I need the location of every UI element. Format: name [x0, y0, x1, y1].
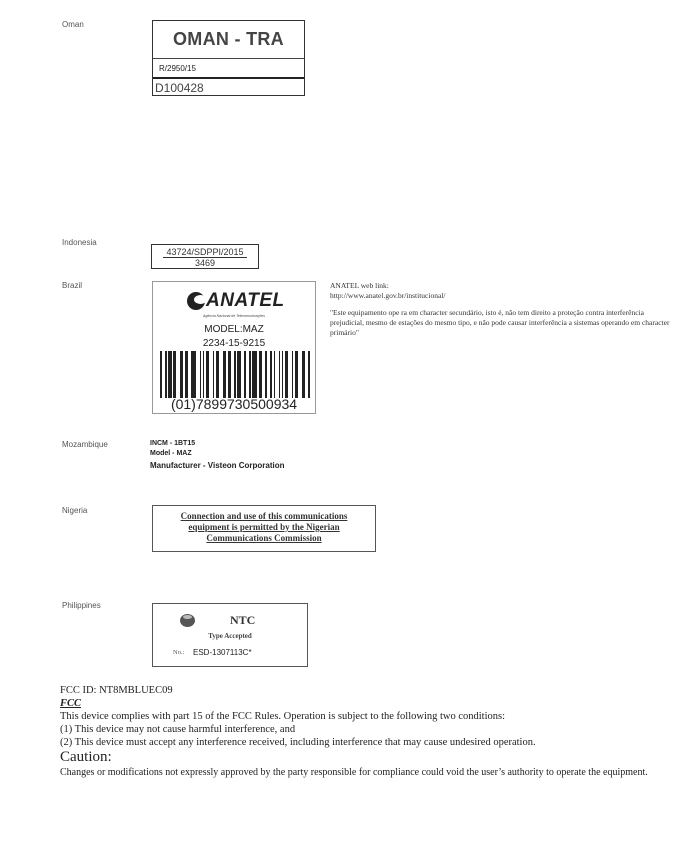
- fcc-section: FCC ID: NT8MBLUEC09 FCC This device comp…: [60, 684, 660, 779]
- indonesia-label: 43724/SDPPI/2015 3469: [151, 244, 259, 269]
- country-label-philippines: Philippines: [62, 601, 101, 610]
- barcode-bar: [191, 351, 196, 398]
- barcode-bar: [185, 351, 188, 398]
- anatel-logo: ANATEL: [187, 290, 287, 312]
- anatel-model: MODEL:MAZ: [153, 324, 315, 335]
- barcode-bar: [244, 351, 246, 398]
- barcode-bar: [308, 351, 310, 398]
- barcode-bar: [206, 351, 209, 398]
- fcc-condition-1: (1) This device may not cause harmful in…: [60, 723, 660, 736]
- barcode-bar: [265, 351, 267, 398]
- barcode-bar: [270, 351, 272, 398]
- barcode-bar: [173, 351, 176, 398]
- mozambique-manufacturer: Manufacturer - Visteon Corporation: [150, 461, 285, 471]
- barcode-bar: [168, 351, 171, 398]
- nigeria-line-2: equipment is permitted by the Nigerian: [188, 522, 339, 532]
- mozambique-incm: INCM - 1BT15: [150, 439, 285, 449]
- anatel-label: ANATEL Agência Nacional de Telecomunicaç…: [152, 281, 316, 414]
- ntc-title: NTC: [230, 613, 255, 628]
- barcode-bar: [216, 351, 219, 398]
- oman-dealer-code: D100428: [153, 79, 304, 97]
- barcode-bar: [180, 351, 183, 398]
- country-label-brazil: Brazil: [62, 281, 82, 290]
- barcode-bar: [160, 351, 162, 398]
- caution-heading: Caution:: [60, 749, 660, 766]
- barcode-bar: [302, 351, 305, 398]
- ntc-label: NTC Type Accepted No.: ESD-1307113C*: [152, 603, 308, 667]
- country-label-indonesia: Indonesia: [62, 238, 97, 247]
- country-label-oman: Oman: [62, 20, 84, 29]
- barcode-bar: [200, 351, 202, 398]
- anatel-info: ANATEL web link: http://www.anatel.gov.b…: [330, 281, 670, 338]
- country-label-mozambique: Mozambique: [62, 440, 108, 449]
- anatel-code: 2234-15-9215: [153, 338, 315, 349]
- fcc-heading: FCC: [60, 697, 660, 710]
- anatel-web-link-url: http://www.anatel.gov.br/institucional/: [330, 291, 670, 301]
- indonesia-pleg: 3469: [195, 258, 215, 268]
- barcode-bar: [279, 351, 281, 398]
- barcode-digits: (01)7899730500934: [153, 397, 315, 412]
- fcc-id: FCC ID: NT8MBLUEC09: [60, 684, 660, 697]
- barcode-bar: [223, 351, 226, 398]
- oman-reference: R/2950/15: [153, 59, 304, 79]
- barcode-bar: [165, 351, 167, 398]
- country-label-nigeria: Nigeria: [62, 506, 87, 515]
- ntc-type: Type Accepted: [153, 632, 307, 640]
- barcode-bar: [249, 351, 251, 398]
- anatel-logo-subtitle: Agência Nacional de Telecomunicações: [153, 314, 315, 318]
- mozambique-label: INCM - 1BT15 Model - MAZ Manufacturer - …: [150, 439, 285, 471]
- barcode-bar: [285, 351, 288, 398]
- fcc-statement: This device complies with part 15 of the…: [60, 710, 660, 723]
- barcode-bar: [228, 351, 231, 398]
- barcode-bar: [295, 351, 298, 398]
- oman-label-title: OMAN - TRA: [153, 21, 304, 59]
- fcc-condition-2: (2) This device must accept any interfer…: [60, 736, 660, 749]
- anatel-logo-icon: [187, 292, 205, 310]
- ntc-no-label: No.:: [173, 649, 184, 656]
- caution-text: Changes or modifications not expressly a…: [60, 766, 660, 779]
- barcode-bar: [274, 351, 276, 398]
- barcode-bar: [213, 351, 215, 398]
- barcode-bar: [282, 351, 284, 398]
- anatel-web-link-label: ANATEL web link:: [330, 281, 670, 291]
- mozambique-model: Model - MAZ: [150, 449, 285, 459]
- oman-tra-label: OMAN - TRA R/2950/15 D100428: [152, 20, 305, 96]
- barcode-bar: [203, 351, 205, 398]
- barcode-bar: [234, 351, 236, 398]
- barcode-bar: [252, 351, 257, 398]
- anatel-notice: "Este equipamento ope ra em character se…: [330, 308, 670, 338]
- barcode-bar: [237, 351, 240, 398]
- anatel-logo-text: ANATEL: [206, 290, 285, 312]
- ntc-number: ESD-1307113C*: [193, 648, 252, 657]
- ntc-logo-icon: [180, 614, 195, 627]
- barcode: [160, 351, 312, 398]
- indonesia-certificate: 43724/SDPPI/2015: [163, 247, 246, 258]
- nigeria-line-1: Connection and use of this communication…: [181, 511, 348, 521]
- nigeria-line-3: Communications Commission: [206, 533, 321, 543]
- barcode-bar: [259, 351, 262, 398]
- nigeria-label: Connection and use of this communication…: [152, 505, 376, 552]
- barcode-bar: [292, 351, 294, 398]
